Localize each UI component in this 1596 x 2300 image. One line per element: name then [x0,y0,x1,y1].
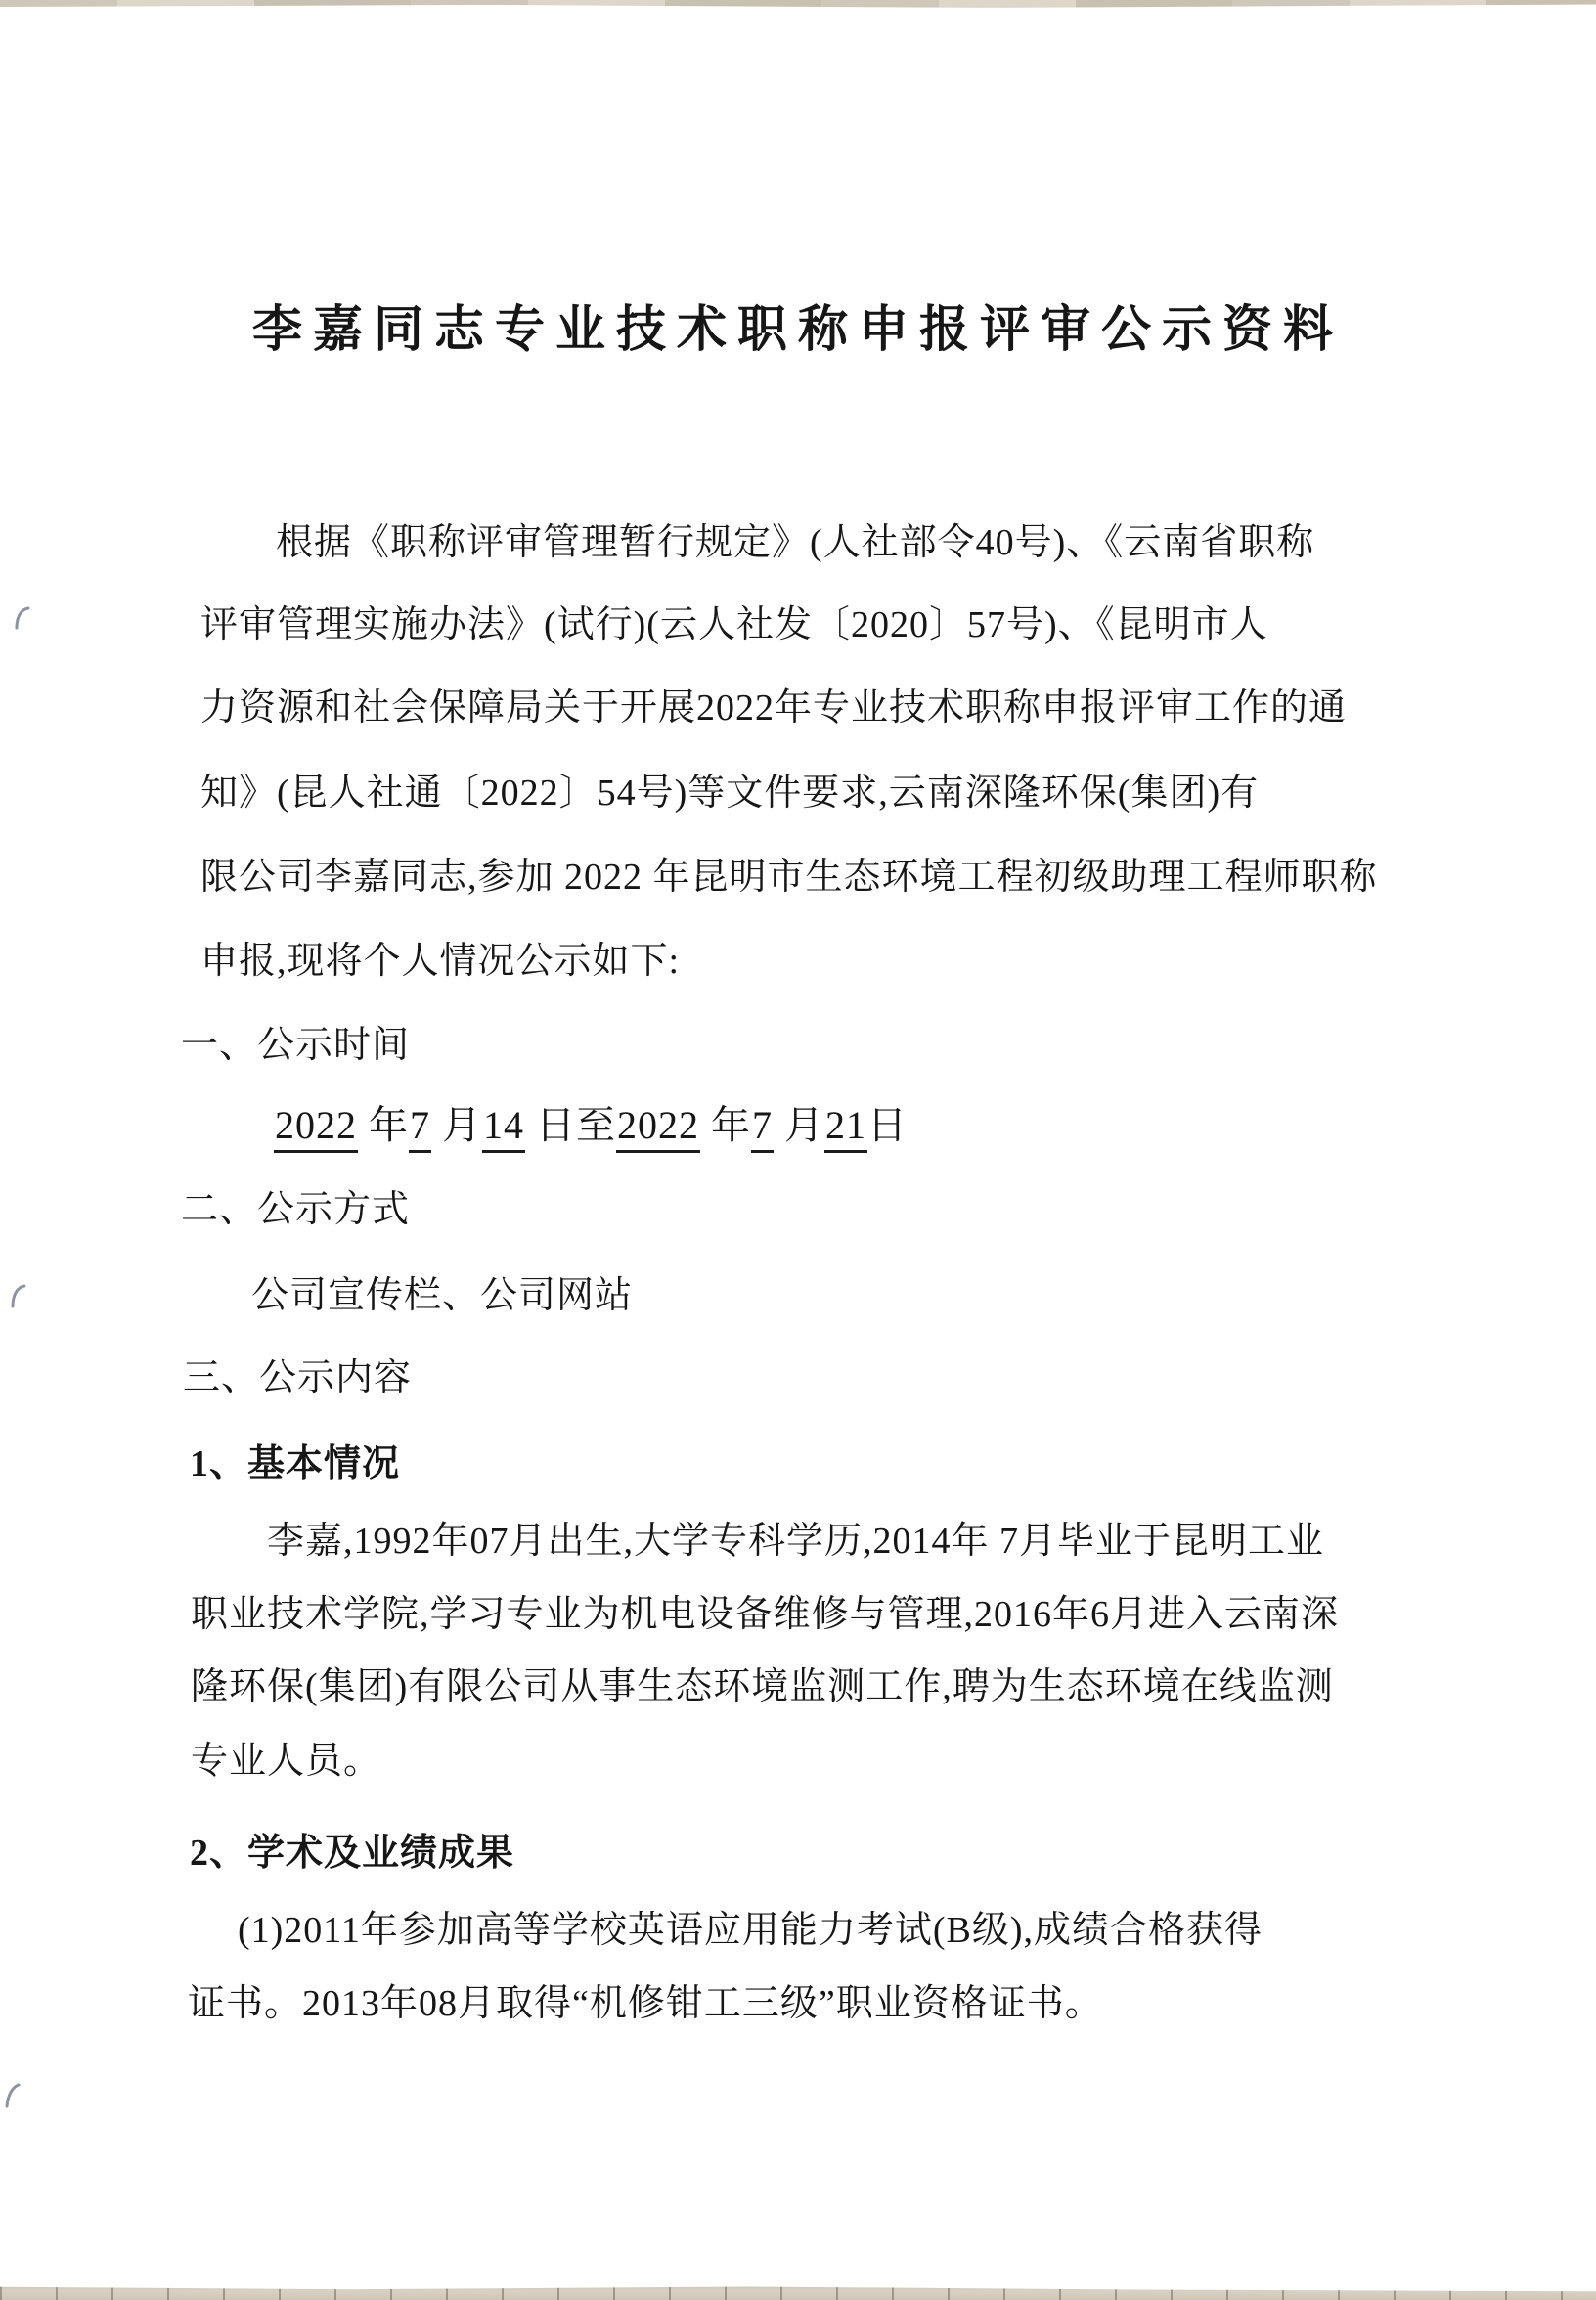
date-separator: 月 [774,1103,824,1147]
scanned-document-page: 李嘉同志专业技术职称申报评审公示资料 根据《职称评审管理暂行规定》(人社部令40… [0,0,1596,2300]
scan-artifact-mark [10,1281,27,1310]
section-heading-publicity-time: 一、公示时间 [181,1023,410,1068]
subsection-heading-basic-info: 1、基本情况 [190,1441,400,1486]
intro-line: 力资源和社会保障局关于开展2022年专业技术职称申报评审工作的通 [200,686,1347,730]
scan-edge-bottom [0,2285,1596,2300]
date-start-day: 14 [482,1103,525,1153]
subsection-heading-achievements: 2、学术及业绩成果 [190,1831,514,1876]
date-start-year: 2022 [274,1103,358,1153]
section-heading-publicity-method: 二、公示方式 [181,1187,410,1232]
date-end-day: 21 [824,1103,867,1153]
intro-line: 评审管理实施办法》(试行)(云人社发〔2020〕57号)、《昆明市人 [200,602,1268,647]
achievements-line: 证书。2013年08月取得“机修钳工三级”职业资格证书。 [188,1981,1103,2026]
date-separator: 月 [431,1103,482,1147]
date-end-month: 7 [751,1103,774,1153]
scan-edge-top [0,0,1596,9]
intro-line: 根据《职称评审管理暂行规定》(人社部令40号)、《云南省职称 [276,520,1314,565]
basic-info-line: 职业技术学院,学习专业为机电设备维修与管理,2016年6月进入云南深 [191,1592,1339,1637]
document-title: 李嘉同志专业技术职称申报评审公示资料 [0,301,1596,360]
scan-artifact-mark [4,2081,22,2110]
intro-line: 知》(昆人社通〔2022〕54号)等文件要求,云南深隆环保(集团)有 [200,771,1259,816]
date-separator: 日 [867,1103,908,1147]
basic-info-line: 专业人员。 [191,1739,381,1784]
basic-info-line: 隆环保(集团)有限公司从事生态环境监测工作,聘为生态环境在线监测 [191,1664,1334,1709]
achievements-line: (1)2011年参加高等学校英语应用能力考试(B级),成绩合格获得 [238,1908,1263,1953]
publicity-date-range: 2022 年7 月14 日至2022 年7 月21日 [274,1103,908,1148]
intro-line: 限公司李嘉同志,参加 2022 年昆明市生态环境工程初级助理工程师职称 [200,855,1378,900]
date-separator: 日至 [525,1103,616,1147]
intro-line: 申报,现将个人情况公示如下: [200,939,680,984]
publicity-method-content: 公司宣传栏、公司网站 [251,1273,633,1318]
scan-artifact-mark [14,604,31,634]
date-separator: 年 [358,1103,409,1147]
date-start-month: 7 [409,1103,431,1153]
date-separator: 年 [700,1103,751,1147]
date-end-year: 2022 [616,1103,700,1153]
basic-info-line: 李嘉,1992年07月出生,大学专科学历,2014年 7月毕业于昆明工业 [267,1519,1324,1564]
section-heading-publicity-content: 三、公示内容 [183,1355,412,1400]
